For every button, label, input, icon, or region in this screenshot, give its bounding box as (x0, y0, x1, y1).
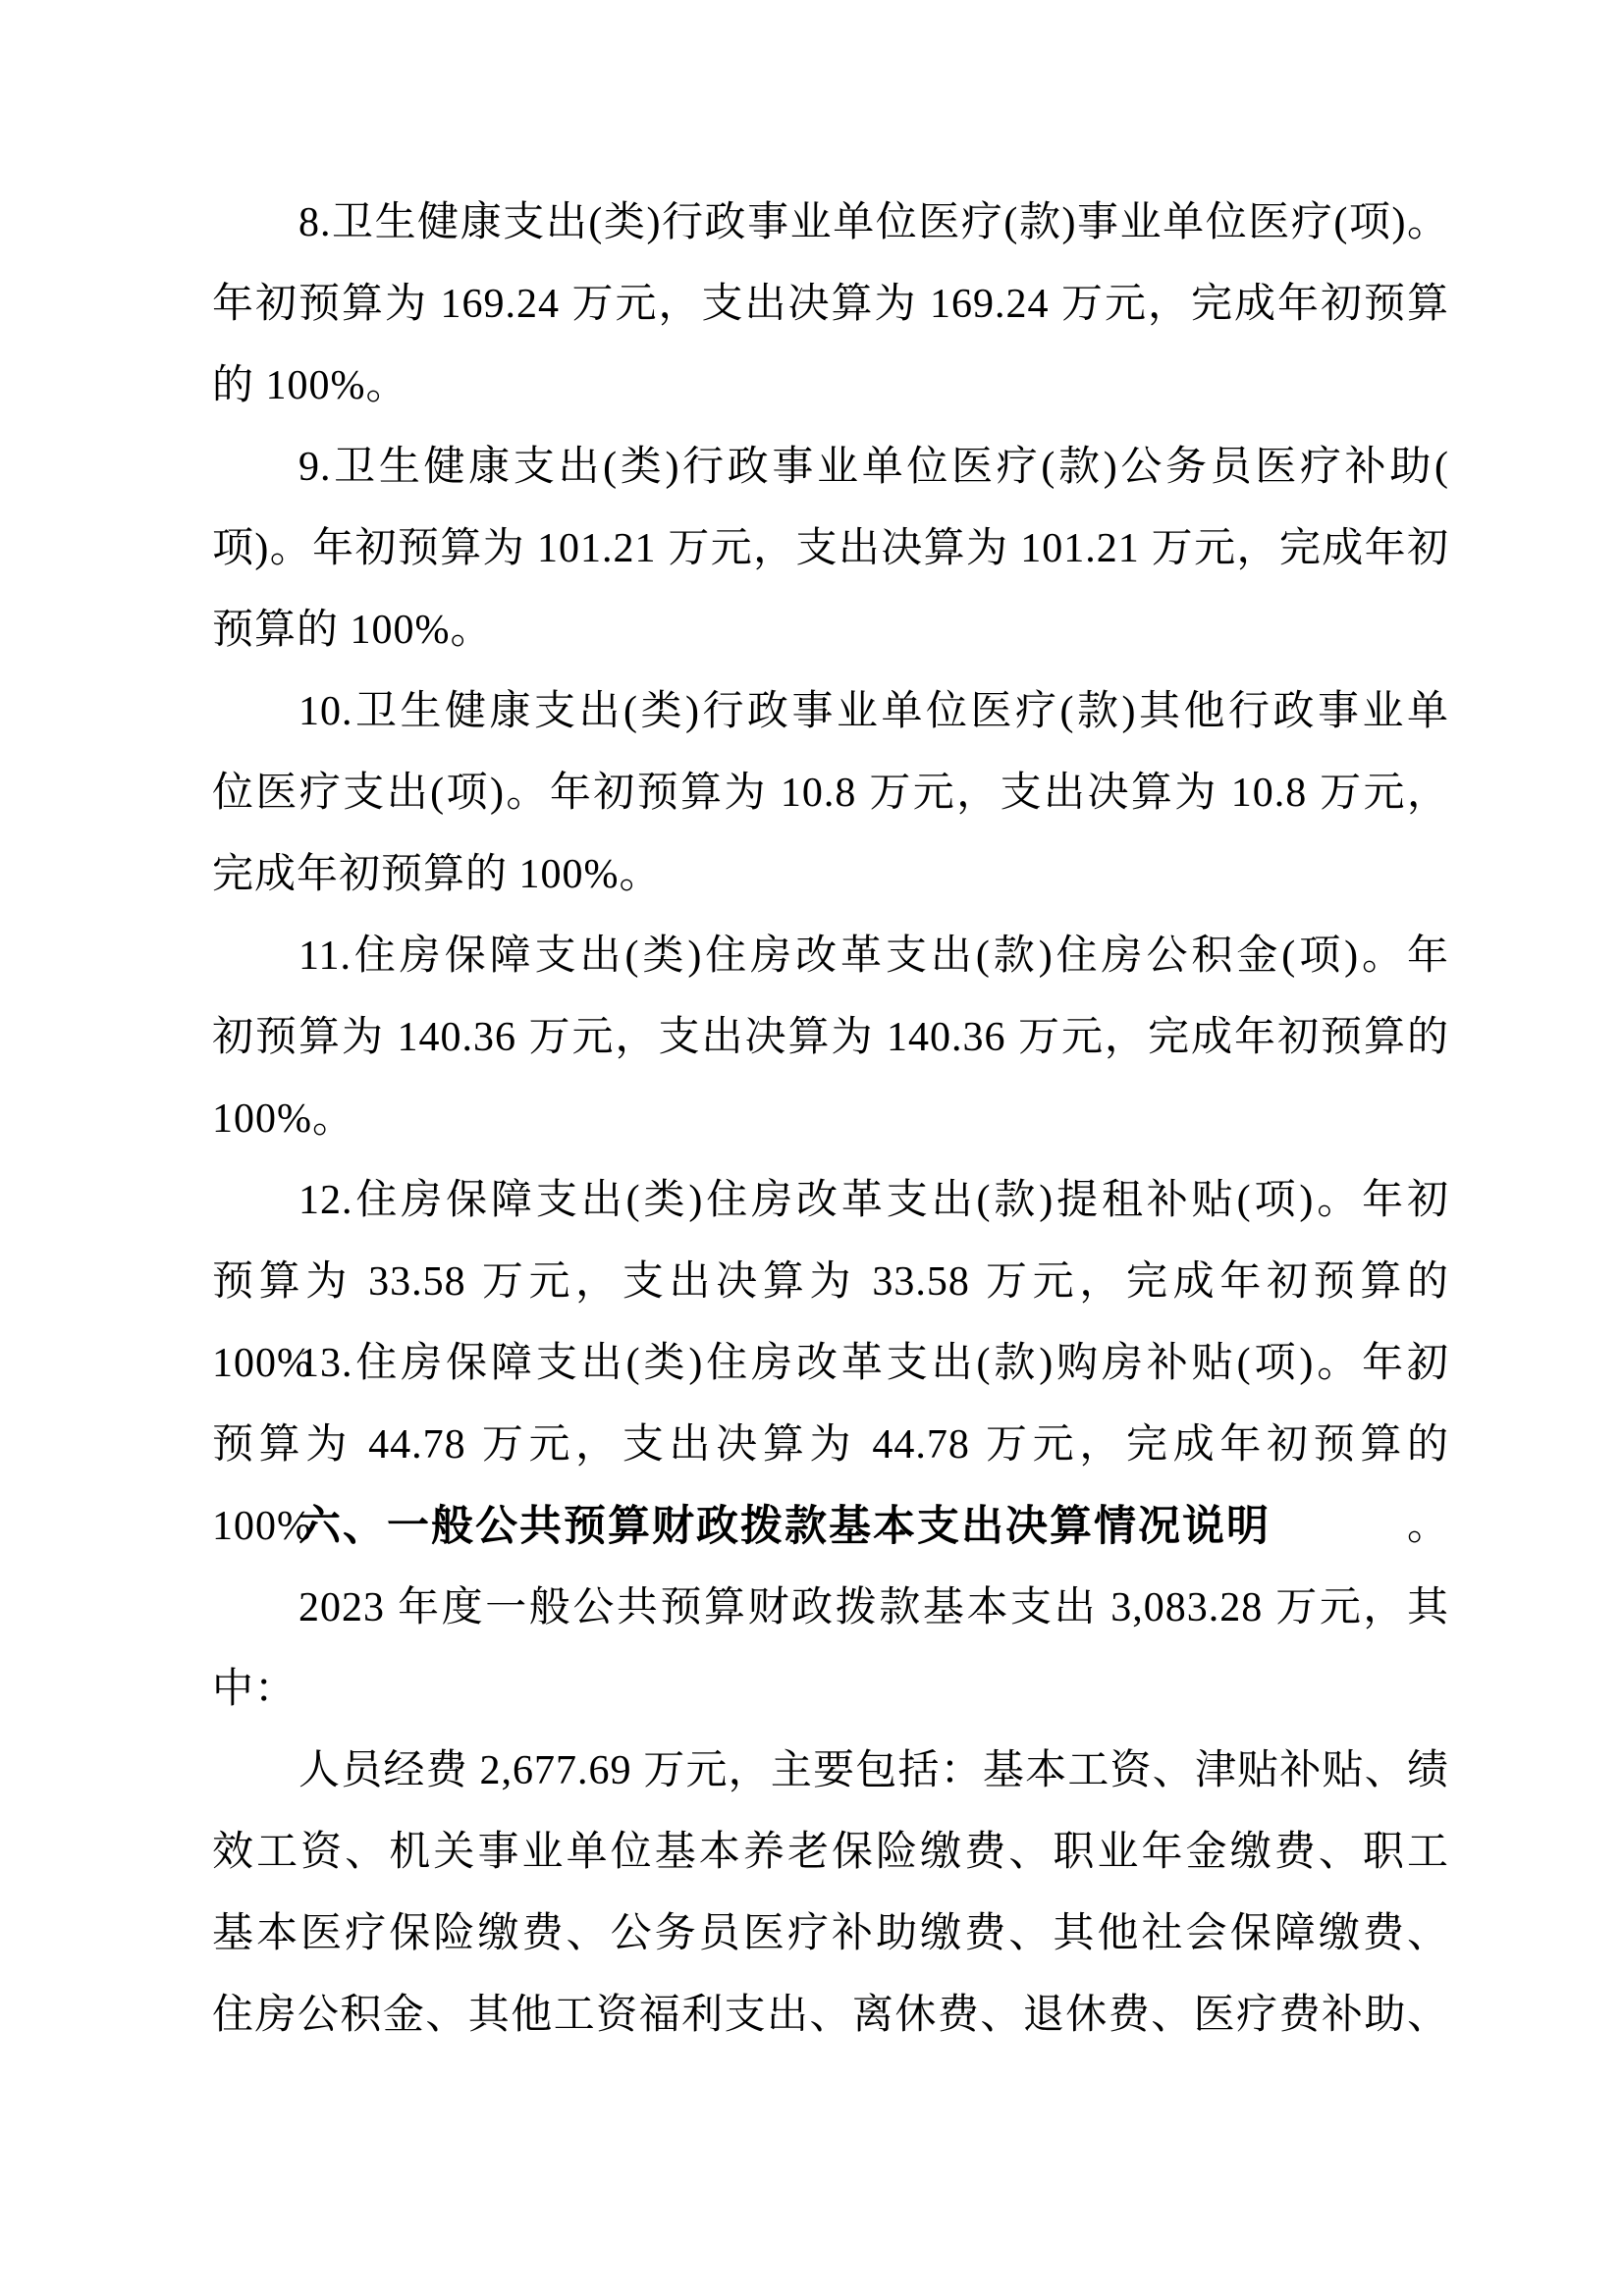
section-heading: 六、一般公共预算财政拨款基本支出决算情况说明 (212, 1486, 1449, 1568)
text-line: 11.住房保障支出(类)住房改革支出(款)住房公积金(项)。年 (212, 916, 1449, 997)
text-line: 9.卫生健康支出(类)行政事业单位医疗(款)公务员医疗补助( (212, 427, 1449, 508)
item-12: 12.住房保障支出(类)住房改革支出(款)提租补贴(项)。年初预算为 33.58… (212, 1160, 1449, 1323)
section-6-heading: 六、一般公共预算财政拨款基本支出决算情况说明 (212, 1486, 1449, 1568)
document-body: 8.卫生健康支出(类)行政事业单位医疗(款)事业单位医疗(项)。年初预算为 16… (212, 183, 1449, 2056)
text-line: 项)。年初预算为 101.21 万元，支出决算为 101.21 万元，完成年初 (212, 508, 1449, 590)
item-8: 8.卫生健康支出(类)行政事业单位医疗(款)事业单位医疗(项)。年初预算为 16… (212, 183, 1449, 427)
text-line: 的 100%。 (212, 346, 1449, 427)
text-line: 中： (212, 1649, 1449, 1731)
text-line: 预算的 100%。 (212, 590, 1449, 671)
text-line: 8.卫生健康支出(类)行政事业单位医疗(款)事业单位医疗(项)。 (212, 183, 1449, 264)
text-line: 10.卫生健康支出(类)行政事业单位医疗(款)其他行政事业单 (212, 671, 1449, 753)
text-line: 基本医疗保险缴费、公务员医疗补助缴费、其他社会保障缴费、 (212, 1894, 1449, 1975)
text-line: 年初预算为 169.24 万元，支出决算为 169.24 万元，完成年初预算 (212, 264, 1449, 346)
item-11: 11.住房保障支出(类)住房改革支出(款)住房公积金(项)。年初预算为 140.… (212, 916, 1449, 1160)
text-line: 位医疗支出(项)。年初预算为 10.8 万元，支出决算为 10.8 万元， (212, 753, 1449, 834)
document-page: 8.卫生健康支出(类)行政事业单位医疗(款)事业单位医疗(项)。年初预算为 16… (0, 0, 1623, 2296)
item-13: 13.住房保障支出(类)住房改革支出(款)购房补贴(项)。年初预算为 44.78… (212, 1323, 1449, 1486)
text-line: 效工资、机关事业单位基本养老保险缴费、职业年金缴费、职工 (212, 1812, 1449, 1894)
text-line: 2023 年度一般公共预算财政拨款基本支出 3,083.28 万元，其 (212, 1568, 1449, 1649)
personnel-expense: 人员经费 2,677.69 万元，主要包括：基本工资、津贴补贴、绩效工资、机关事… (212, 1731, 1449, 2056)
item-10: 10.卫生健康支出(类)行政事业单位医疗(款)其他行政事业单位医疗支出(项)。年… (212, 671, 1449, 916)
text-line: 预算为 33.58 万元，支出决算为 33.58 万元，完成年初预算的 100%… (212, 1242, 1449, 1323)
text-line: 完成年初预算的 100%。 (212, 834, 1449, 916)
text-line: 13.住房保障支出(类)住房改革支出(款)购房补贴(项)。年初 (212, 1323, 1449, 1405)
text-line: 100%。 (212, 1079, 1449, 1160)
item-9: 9.卫生健康支出(类)行政事业单位医疗(款)公务员医疗补助(项)。年初预算为 1… (212, 427, 1449, 671)
text-line: 人员经费 2,677.69 万元，主要包括：基本工资、津贴补贴、绩 (212, 1731, 1449, 1812)
basic-expenditure-total: 2023 年度一般公共预算财政拨款基本支出 3,083.28 万元，其中： (212, 1568, 1449, 1731)
text-line: 12.住房保障支出(类)住房改革支出(款)提租补贴(项)。年初 (212, 1160, 1449, 1242)
text-line: 预算为 44.78 万元，支出决算为 44.78 万元，完成年初预算的 100%… (212, 1405, 1449, 1486)
text-line: 初预算为 140.36 万元，支出决算为 140.36 万元，完成年初预算的 (212, 997, 1449, 1079)
text-line: 住房公积金、其他工资福利支出、离休费、退休费、医疗费补助、 (212, 1975, 1449, 2056)
